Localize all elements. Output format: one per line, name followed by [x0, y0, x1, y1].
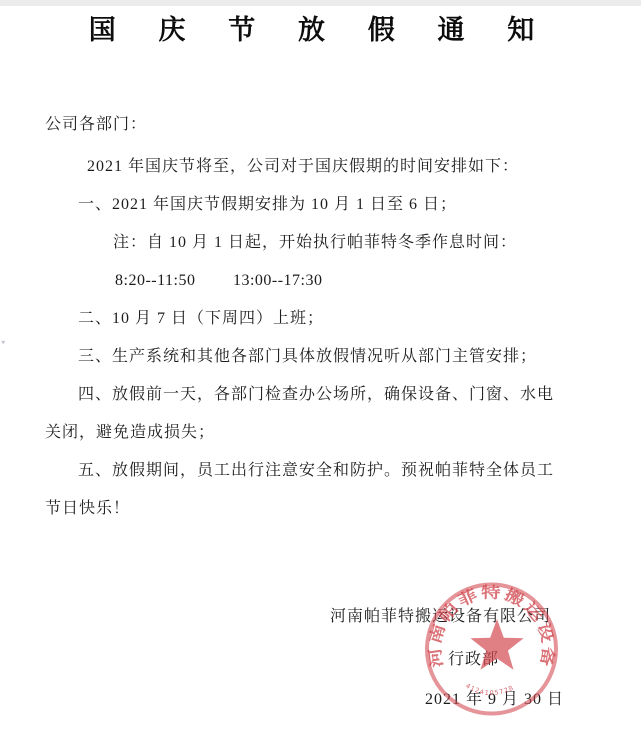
scan-edge-strip — [0, 0, 641, 6]
body-line-item1: 一、2021 年国庆节假期安排为 10 月 1 日至 6 日； — [78, 191, 457, 214]
body-line-item5: 五、放假期间，员工出行注意安全和防护。预祝帕菲特全体员工 — [78, 457, 554, 480]
body-line-item4: 四、放假前一天，各部门检查办公场所，确保设备、门窗、水电 — [78, 381, 554, 404]
signature-date: 2021 年 9 月 30 日 — [425, 686, 564, 709]
body-line-work-hours: 8:20--11:50 13:00--17:30 — [115, 267, 323, 290]
margin-artifact-icon: ▾ — [1, 339, 6, 347]
body-line-item2: 二、10 月 7 日（下周四）上班； — [78, 305, 324, 328]
body-line-note: 注：自 10 月 1 日起，开始执行帕菲特冬季作息时间： — [113, 229, 517, 252]
body-line-item4-wrap: 关闭，避免造成损失； — [45, 419, 215, 442]
signature-company: 河南帕菲特搬运设备有限公司 — [330, 603, 551, 626]
document-title: 国 庆 节 放 假 通 知 — [0, 8, 641, 47]
notice-page: 国 庆 节 放 假 通 知 公司各部门： 2021 年国庆节将至，公司对于国庆假… — [0, 0, 641, 748]
signature-department: 行政部 — [448, 646, 499, 669]
body-line-item5-wrap: 节日快乐！ — [45, 495, 130, 518]
intro-line: 2021 年国庆节将至，公司对于国庆假期的时间安排如下： — [87, 153, 519, 176]
salutation-line: 公司各部门： — [45, 111, 147, 134]
body-line-item3: 三、生产系统和其他各部门具体放假情况听从部门主管安排； — [78, 343, 537, 366]
